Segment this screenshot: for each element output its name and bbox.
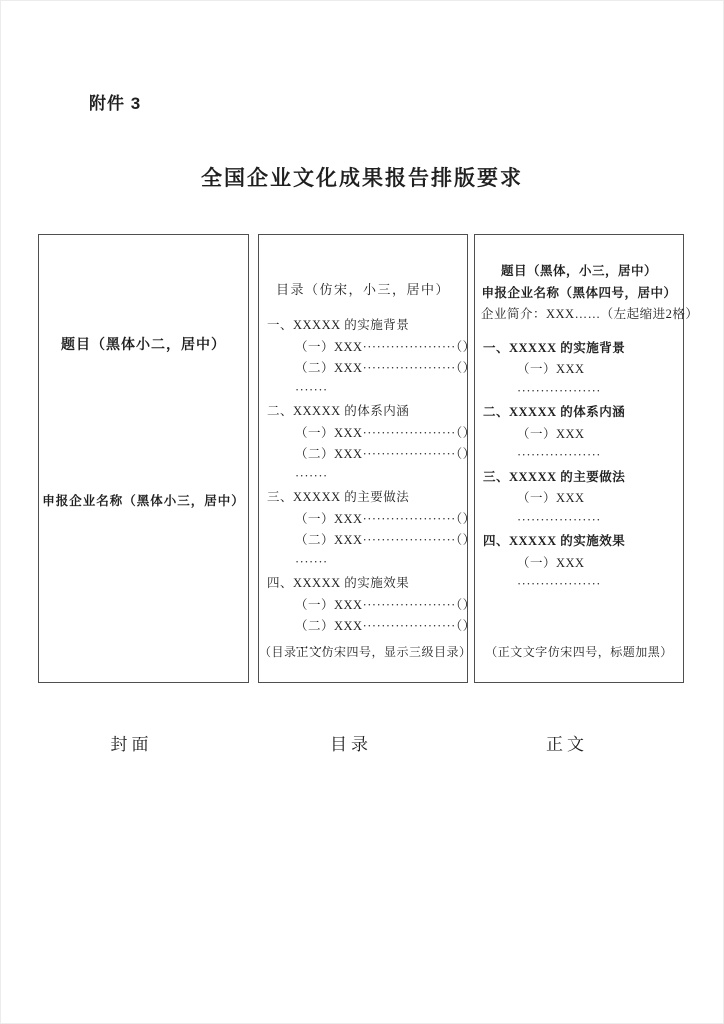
toc-line: （一）XXX····················（） <box>259 337 467 359</box>
body-line: ·················· <box>475 381 683 403</box>
caption-cover: 封面 <box>26 730 237 755</box>
body-line: 三、XXXXX 的主要做法 <box>475 467 683 489</box>
toc-lines: 一、XXXXX 的实施背景（一）XXX····················（… <box>259 315 467 659</box>
body-line: ·················· <box>475 510 683 532</box>
body-intro-placeholder: 企业简介：XXX……（左起缩进2格） <box>475 304 683 326</box>
body-line: （一）XXX <box>475 359 683 381</box>
caption-body: 正文 <box>462 730 672 755</box>
toc-line: 一、XXXXX 的实施背景 <box>259 315 467 337</box>
body-title-placeholder: 题目（黑体，小三，居中） <box>475 261 683 283</box>
body-header: 题目（黑体，小三，居中） 申报企业名称（黑体四号，居中） 企业简介：XXX……（… <box>475 261 683 326</box>
body-line: 一、XXXXX 的实施背景 <box>475 338 683 360</box>
toc-line: 四、XXXXX 的实施效果 <box>259 573 467 595</box>
toc-line: （一）XXX····················（） <box>259 509 467 531</box>
toc-line: ······· <box>259 380 467 402</box>
cover-title-placeholder: 题目（黑体小二，居中） <box>39 334 248 354</box>
toc-footnote: （目录正文仿宋四号，显示三级目录） <box>259 643 467 660</box>
toc-line: ······· <box>259 466 467 488</box>
body-line: 二、XXXXX 的体系内涵 <box>475 402 683 424</box>
body-company-placeholder: 申报企业名称（黑体四号，居中） <box>475 283 683 305</box>
toc-line: 二、XXXXX 的体系内涵 <box>259 401 467 423</box>
toc-panel: 目录（仿宋，小三，居中） 一、XXXXX 的实施背景（一）XXX········… <box>258 234 468 683</box>
body-line: ·················· <box>475 574 683 596</box>
toc-line: （二）XXX····················（） <box>259 444 467 466</box>
cover-company-placeholder: 申报企业名称（黑体小三，居中） <box>39 491 248 509</box>
body-panel: 题目（黑体，小三，居中） 申报企业名称（黑体四号，居中） 企业简介：XXX……（… <box>474 234 684 683</box>
body-line: （一）XXX <box>475 553 683 575</box>
toc-line: （一）XXX····················（） <box>259 423 467 445</box>
body-line: （一）XXX <box>475 424 683 446</box>
toc-line: 三、XXXXX 的主要做法 <box>259 487 467 509</box>
toc-line: （二）XXX····················（） <box>259 530 467 552</box>
body-footnote: （正文文字仿宋四号，标题加黑） <box>475 643 683 660</box>
toc-line: （二）XXX····················（） <box>259 616 467 638</box>
attachment-label: 附件 3 <box>89 89 141 114</box>
cover-panel: 题目（黑体小二，居中） 申报企业名称（黑体小三，居中） <box>38 234 249 683</box>
body-line: 四、XXXXX 的实施效果 <box>475 531 683 553</box>
toc-line: ······· <box>259 552 467 574</box>
toc-line: （一）XXX····················（） <box>259 595 467 617</box>
caption-toc: 目录 <box>246 730 456 755</box>
body-lines: 一、XXXXX 的实施背景（一）XXX··················二、X… <box>475 338 683 596</box>
body-line: ·················· <box>475 445 683 467</box>
toc-heading: 目录（仿宋，小三，居中） <box>259 279 467 298</box>
body-line: （一）XXX <box>475 488 683 510</box>
document-title: 全国企业文化成果报告排版要求 <box>1 162 723 192</box>
document-page: 附件 3 全国企业文化成果报告排版要求 题目（黑体小二，居中） 申报企业名称（黑… <box>0 0 724 1024</box>
toc-line: （二）XXX····················（） <box>259 358 467 380</box>
